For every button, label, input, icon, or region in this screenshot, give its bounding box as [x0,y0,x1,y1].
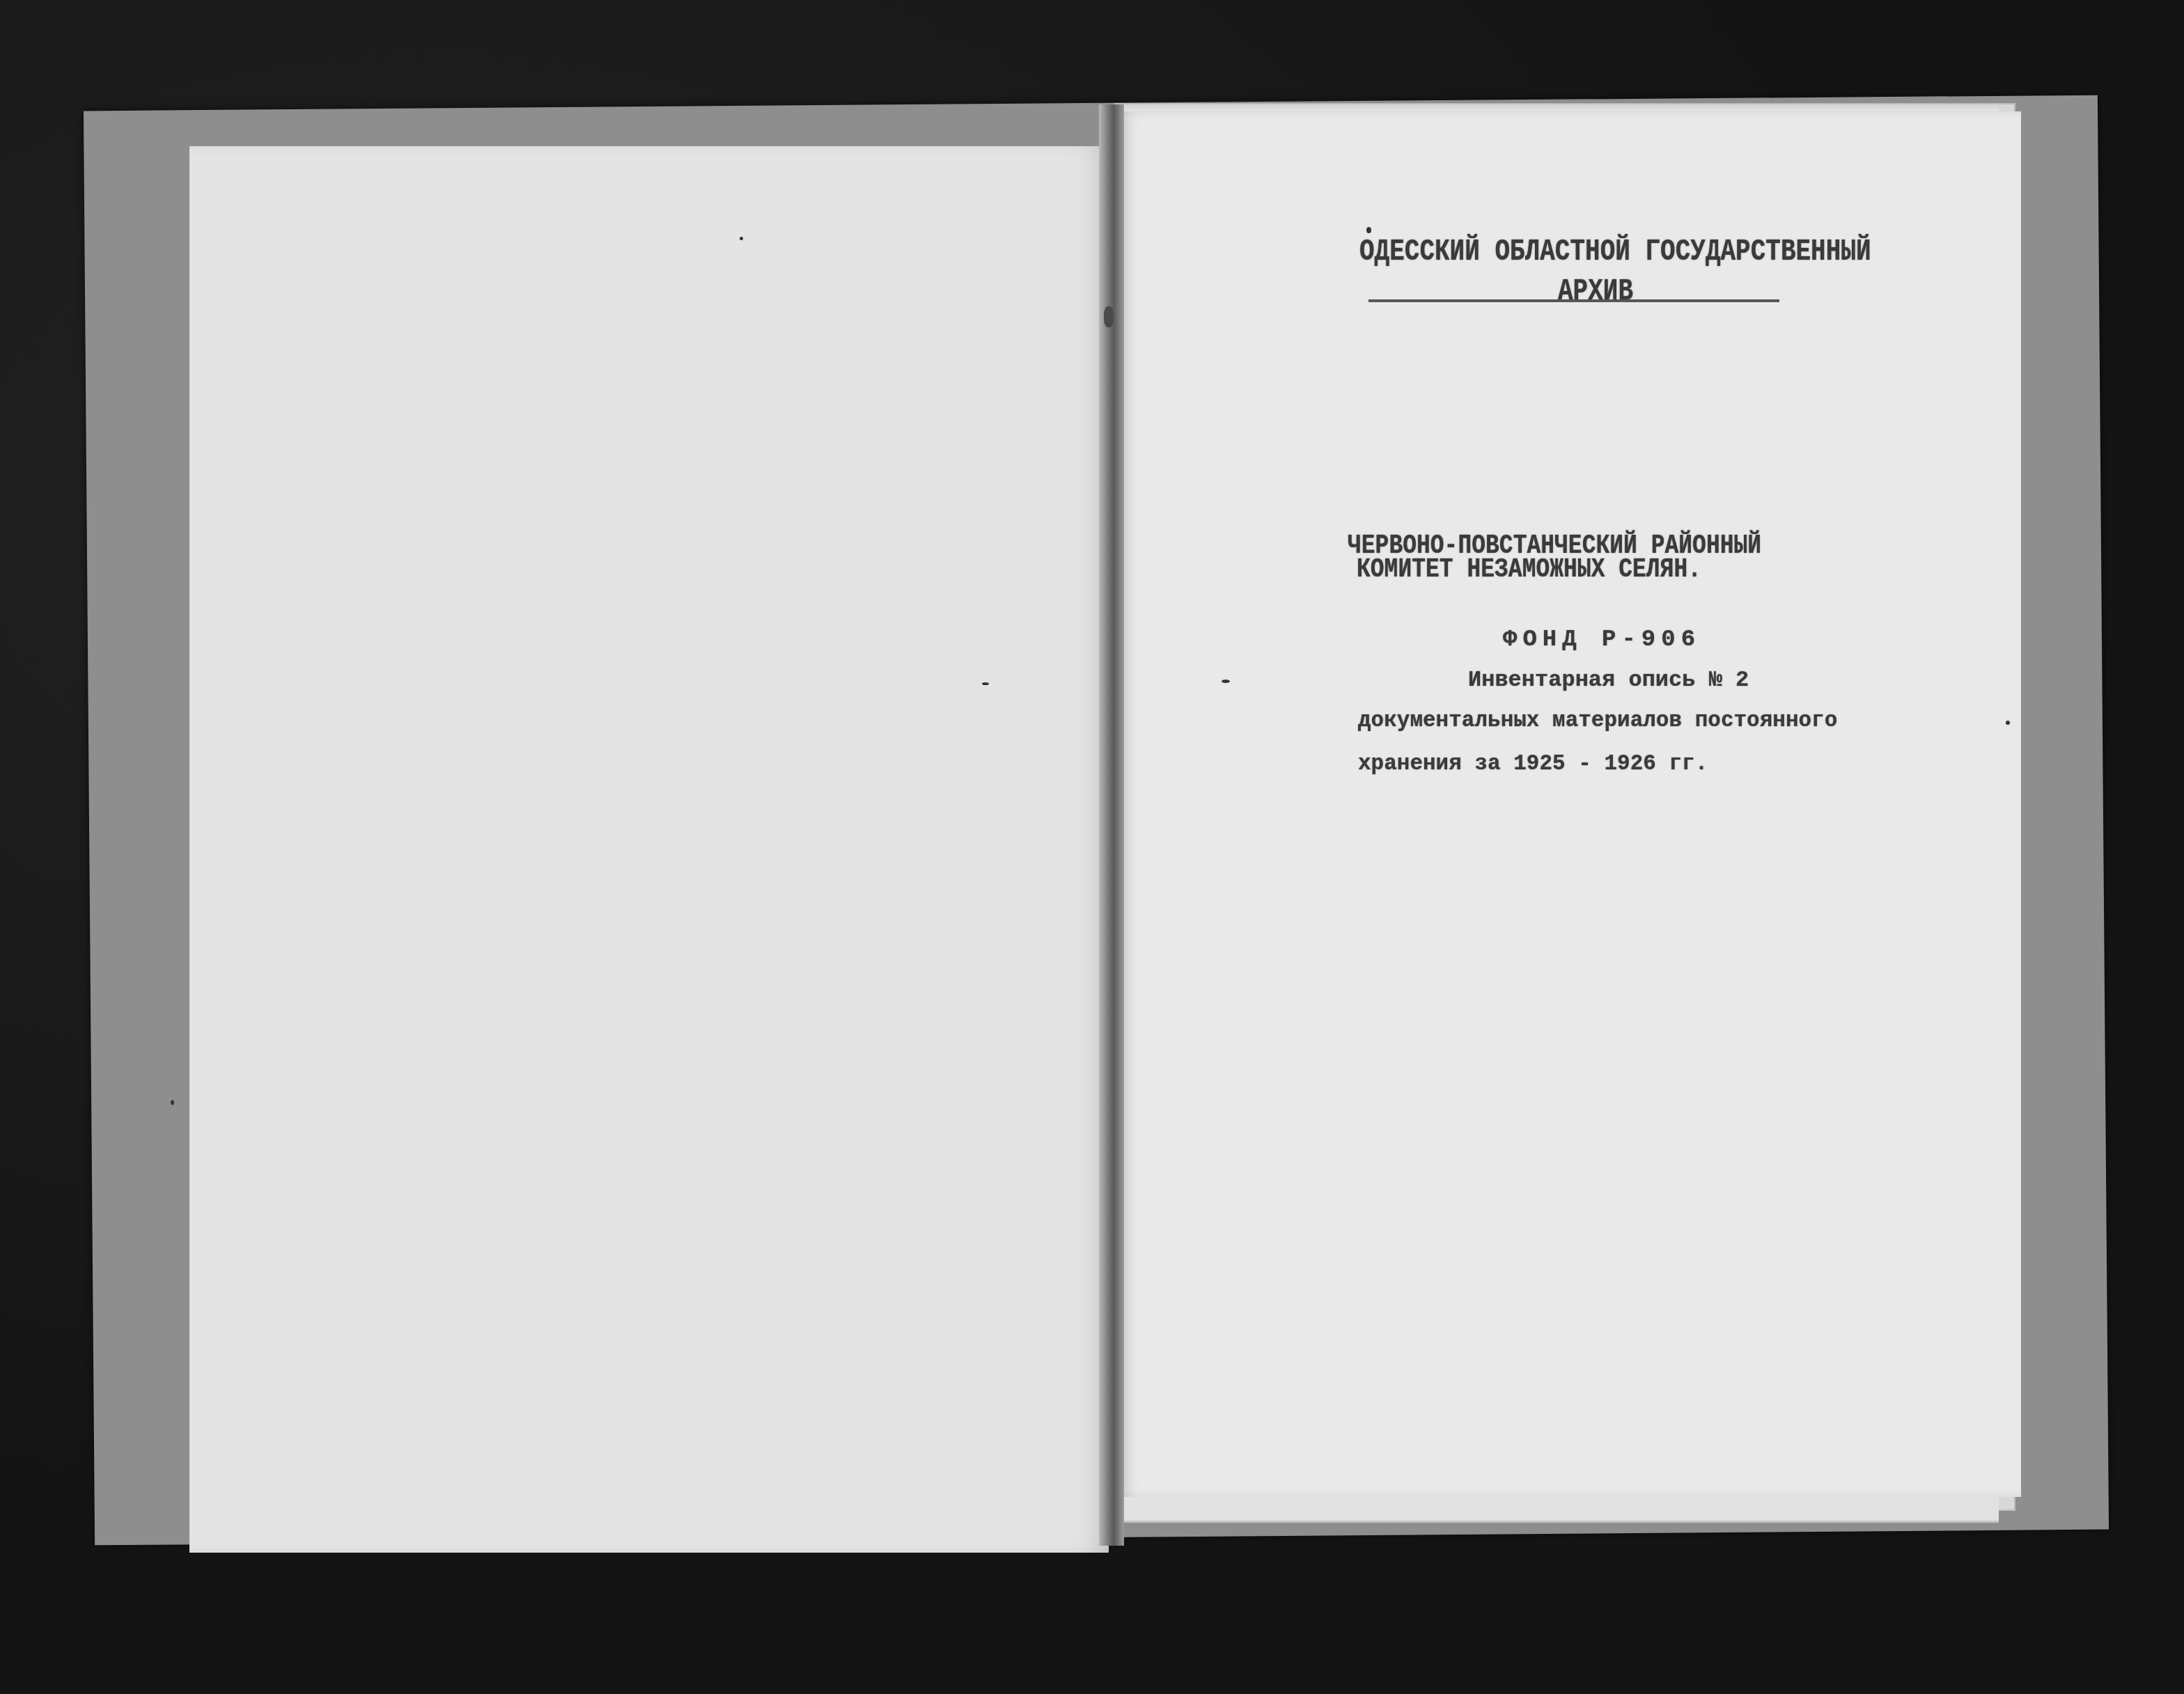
paper-speck [1366,227,1371,233]
paper-speck [1222,680,1230,683]
paper-speck [2006,721,2010,725]
description-line2: хранения за 1925 - 1926 гг. [1358,752,1708,776]
fond-number: ФОНД Р-906 [1503,627,1701,653]
description-line1: документальных материалов постоянного [1358,709,1837,733]
paper-speck [171,1100,174,1105]
archive-name-line2: АРХИВ [1558,273,1633,308]
inventory-title: Инвентарная опись № 2 [1468,667,1749,693]
spine-tear [1104,306,1114,327]
archive-name-line1: ОДЕССКИЙ ОБЛАСТНОЙ ГОСУДАРСТВЕННЫЙ [1359,233,1871,269]
left-page-blank [189,146,1109,1553]
right-title-page [1120,111,2021,1497]
organization-line2: КОМИТЕТ НЕЗАМОЖНЫХ СЕЛЯН. [1357,554,1701,585]
paper-speck [740,237,743,240]
header-underline [1368,299,1779,302]
paper-speck [982,682,989,685]
